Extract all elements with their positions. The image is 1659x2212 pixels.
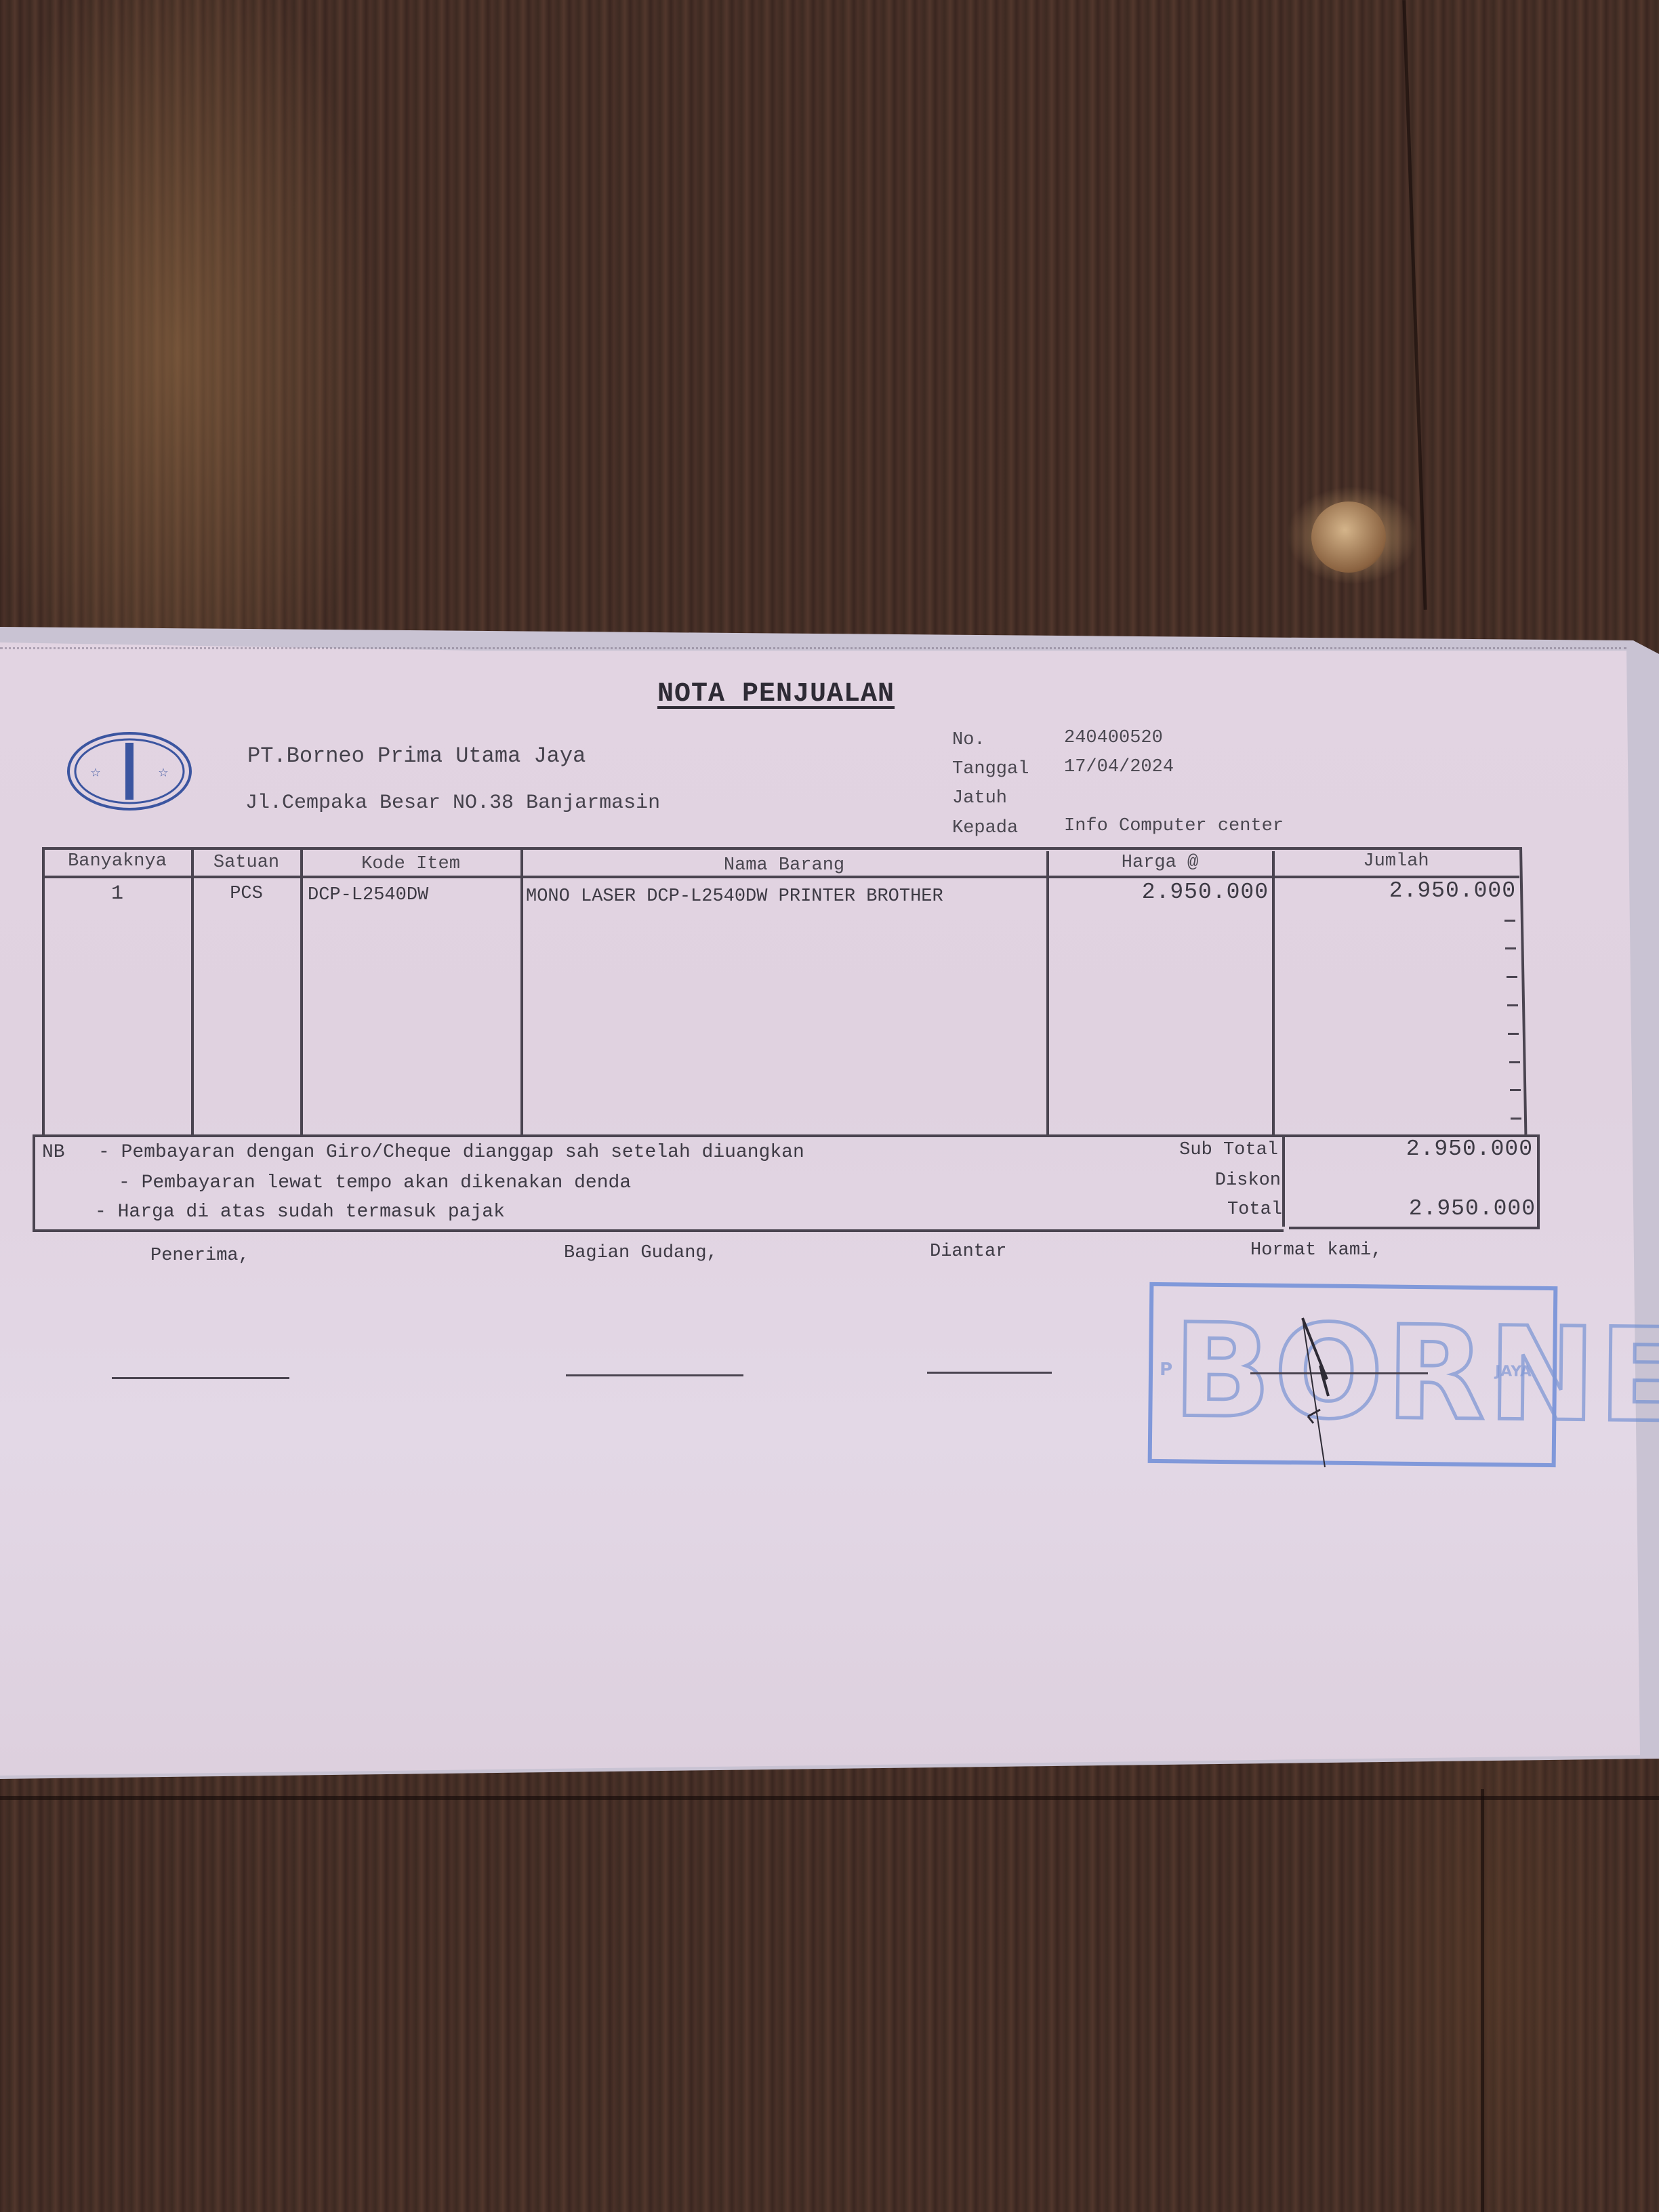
company-address: Jl.Cempaka Besar NO.38 Banjarmasin bbox=[245, 792, 660, 815]
signature-line-receiver bbox=[112, 1377, 289, 1379]
row-item-code: DCP-L2540DW bbox=[308, 885, 428, 905]
stamp-side-right: JAYA bbox=[1495, 1363, 1532, 1380]
logo-letter-p: P bbox=[125, 760, 134, 775]
star-icon: ☆ bbox=[159, 764, 168, 782]
meta-label-date: Tanggal bbox=[952, 759, 1029, 779]
row-amount: 2.950.000 bbox=[1275, 878, 1516, 903]
total-label: Total bbox=[1118, 1200, 1282, 1220]
row-unit: PCS bbox=[194, 884, 299, 904]
star-icon: ☆ bbox=[91, 764, 100, 782]
note-item: - Pembayaran dengan Giro/Cheque dianggap… bbox=[98, 1142, 804, 1163]
column-header-amount: Jumlah bbox=[1275, 851, 1517, 872]
document-title: NOTA PENJUALAN bbox=[657, 679, 895, 710]
column-header-unit: Satuan bbox=[194, 853, 299, 873]
discount-label: Diskon bbox=[1118, 1170, 1281, 1191]
signature-receiver-label: Penerima, bbox=[150, 1246, 249, 1266]
company-logo: B P U J ☆ ☆ bbox=[65, 731, 194, 812]
signature-regards-label: Hormat kami, bbox=[1250, 1240, 1382, 1261]
note-item: - Pembayaran lewat tempo akan dikenakan … bbox=[119, 1172, 631, 1193]
row-unit-price: 2.950.000 bbox=[1049, 880, 1269, 905]
subtotal-label: Sub Total bbox=[1118, 1140, 1278, 1160]
meta-label-to: Kepada bbox=[952, 818, 1018, 838]
customer-name: Info Computer center bbox=[1064, 816, 1284, 836]
logo-letter-u: U bbox=[125, 775, 134, 790]
total-value: 2.950.000 bbox=[1289, 1196, 1536, 1221]
signature-delivered-label: Diantar bbox=[930, 1242, 1006, 1262]
invoice-date: 17/04/2024 bbox=[1064, 757, 1174, 777]
stamp-text: BORNEO bbox=[1172, 1300, 1659, 1449]
column-header-unit-price: Harga @ bbox=[1049, 853, 1271, 873]
invoice-number: 240400520 bbox=[1064, 728, 1163, 748]
stamp-side-left: P bbox=[1160, 1359, 1172, 1380]
logo-letter-j: J bbox=[126, 788, 133, 803]
column-header-item-name: Nama Barang bbox=[523, 855, 1045, 876]
column-header-item-code: Kode Item bbox=[303, 854, 518, 874]
column-header-quantity: Banyaknya bbox=[45, 851, 190, 872]
notes-label: NB bbox=[42, 1142, 65, 1163]
logo-letter-b: B bbox=[125, 745, 134, 760]
sales-invoice: NOTA PENJUALAN B P U J ☆ ☆ PT.Borneo Pri… bbox=[0, 0, 1659, 2212]
company-name: PT.Borneo Prima Utama Jaya bbox=[247, 743, 586, 769]
note-item: - Harga di atas sudah termasuk pajak bbox=[95, 1202, 505, 1223]
signature-line-delivered bbox=[927, 1372, 1052, 1374]
subtotal-value: 2.950.000 bbox=[1289, 1136, 1533, 1162]
row-item-name: MONO LASER DCP-L2540DW PRINTER BROTHER bbox=[526, 886, 943, 907]
signature-line-warehouse bbox=[566, 1374, 743, 1376]
meta-label-no: No. bbox=[952, 730, 985, 750]
handwritten-signature bbox=[1288, 1311, 1369, 1474]
signature-warehouse-label: Bagian Gudang, bbox=[564, 1243, 718, 1263]
row-quantity: 1 bbox=[45, 882, 190, 905]
meta-label-due: Jatuh bbox=[952, 788, 1007, 808]
